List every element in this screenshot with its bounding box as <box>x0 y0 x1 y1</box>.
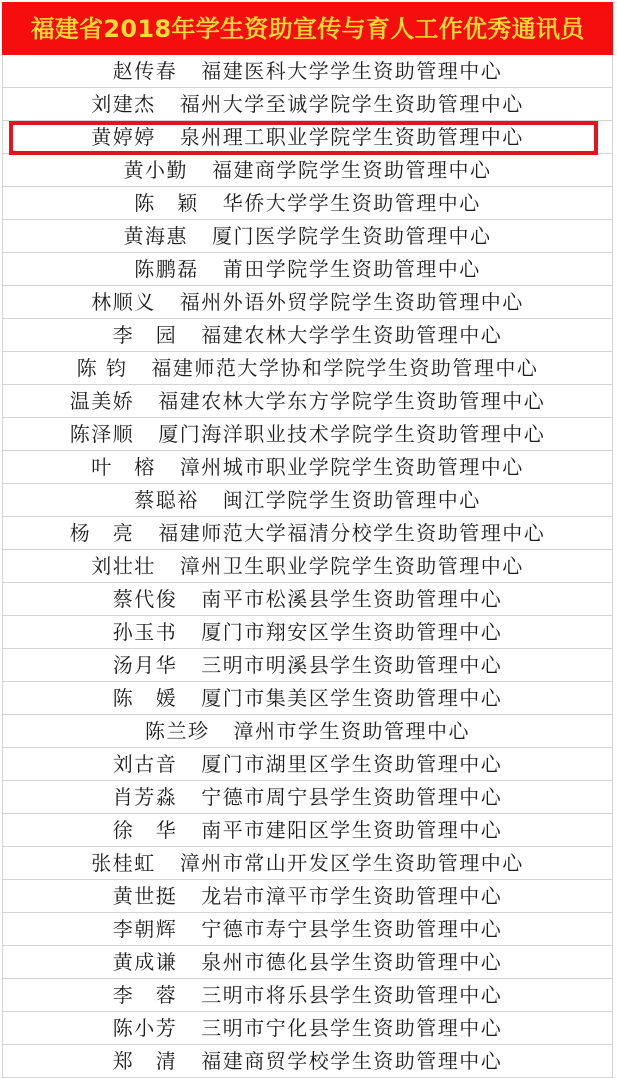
awardee-name: 黄小勤 <box>124 160 189 180</box>
awardee-name: 刘古音 <box>113 754 178 774</box>
table-row: 黄成谦泉州市德化县学生资助管理中心 <box>3 946 612 979</box>
awardee-name: 孙玉书 <box>113 622 178 642</box>
awardee-name: 黄成谦 <box>113 952 178 972</box>
awardee-name: 温美娇 <box>70 391 135 411</box>
table-row: 陈小芳三明市宁化县学生资助管理中心 <box>3 1012 612 1045</box>
awardee-organization: 厦门医学院学生资助管理中心 <box>212 226 492 246</box>
awardee-name: 郑 清 <box>113 1051 178 1071</box>
table-row: 蔡聪裕闽江学院学生资助管理中心 <box>3 484 612 517</box>
awardee-name: 陈 颖 <box>134 193 199 213</box>
awardee-organization: 漳州市学生资助管理中心 <box>234 721 471 741</box>
awardee-name: 肖芳淼 <box>113 787 178 807</box>
table-row: 黄世挺龙岩市漳平市学生资助管理中心 <box>3 880 612 913</box>
awardee-name: 黄世挺 <box>113 886 178 906</box>
table-row: 温美娇福建农林大学东方学院学生资助管理中心 <box>3 385 612 418</box>
awardee-name: 徐 华 <box>113 820 178 840</box>
title-banner: 福建省2018年学生资助宣传与育人工作优秀通讯员 <box>2 2 613 55</box>
awardee-organization: 莆田学院学生资助管理中心 <box>223 259 481 279</box>
awardee-organization: 三明市将乐县学生资助管理中心 <box>201 985 502 1005</box>
table-row: 刘建杰福州大学至诚学院学生资助管理中心 <box>3 88 612 121</box>
awardee-name: 蔡聪裕 <box>134 490 199 510</box>
awardee-organization: 三明市明溪县学生资助管理中心 <box>201 655 502 675</box>
awardee-organization: 厦门市集美区学生资助管理中心 <box>201 688 502 708</box>
awardee-organization: 三明市宁化县学生资助管理中心 <box>201 1018 502 1038</box>
table-row: 李朝辉宁德市寿宁县学生资助管理中心 <box>3 913 612 946</box>
awardee-name: 陈鹏磊 <box>134 259 199 279</box>
awardee-organization: 福建医科大学学生资助管理中心 <box>201 61 502 81</box>
awardee-name: 张桂虹 <box>91 853 156 873</box>
awardee-name: 叶 榕 <box>91 457 156 477</box>
table-row: 汤月华三明市明溪县学生资助管理中心 <box>3 649 612 682</box>
table-row: 陈泽顺厦门海洋职业技术学院学生资助管理中心 <box>3 418 612 451</box>
awardee-table: 赵传春福建医科大学学生资助管理中心 刘建杰福州大学至诚学院学生资助管理中心 黄婷… <box>2 55 613 1078</box>
awardee-name: 李朝辉 <box>113 919 178 939</box>
awardee-name: 李 蓉 <box>113 985 178 1005</box>
table-row: 郑 清福建商贸学校学生资助管理中心 <box>3 1045 612 1078</box>
table-row: 陈 媛厦门市集美区学生资助管理中心 <box>3 682 612 715</box>
awardee-organization: 南平市建阳区学生资助管理中心 <box>201 820 502 840</box>
awardee-name: 刘建杰 <box>91 94 156 114</box>
table-row: 叶 榕漳州城市职业学院学生资助管理中心 <box>3 451 612 484</box>
table-row: 黄海惠厦门医学院学生资助管理中心 <box>3 220 612 253</box>
awardee-name: 黄海惠 <box>124 226 189 246</box>
table-row: 肖芳淼宁德市周宁县学生资助管理中心 <box>3 781 612 814</box>
table-row: 刘壮壮漳州卫生职业学院学生资助管理中心 <box>3 550 612 583</box>
awardee-name: 陈 媛 <box>113 688 178 708</box>
awardee-organization: 龙岩市漳平市学生资助管理中心 <box>201 886 502 906</box>
table-row: 陈 钧福建师范大学协和学院学生资助管理中心 <box>3 352 612 385</box>
table-row: 黄小勤福建商学院学生资助管理中心 <box>3 154 612 187</box>
awardee-organization: 厦门市翔安区学生资助管理中心 <box>201 622 502 642</box>
awardee-organization: 漳州城市职业学院学生资助管理中心 <box>180 457 524 477</box>
awardee-organization: 漳州卫生职业学院学生资助管理中心 <box>180 556 524 576</box>
awardee-name: 陈 钧 <box>77 358 128 378</box>
awardee-organization: 华侨大学学生资助管理中心 <box>223 193 481 213</box>
awardee-organization: 宁德市周宁县学生资助管理中心 <box>201 787 502 807</box>
awardee-name: 陈小芳 <box>113 1018 178 1038</box>
awardee-name: 刘壮壮 <box>91 556 156 576</box>
awardee-organization: 泉州理工职业学院学生资助管理中心 <box>180 127 524 147</box>
awardee-organization: 福建师范大学福清分校学生资助管理中心 <box>158 523 545 543</box>
table-row: 陈 颖华侨大学学生资助管理中心 <box>3 187 612 220</box>
awardee-organization: 厦门海洋职业技术学院学生资助管理中心 <box>158 424 545 444</box>
table-row: 刘古音厦门市湖里区学生资助管理中心 <box>3 748 612 781</box>
page-title: 福建省2018年学生资助宣传与育人工作优秀通讯员 <box>31 17 585 41</box>
table-row: 陈兰珍漳州市学生资助管理中心 <box>3 715 612 748</box>
table-row: 蔡代俊南平市松溪县学生资助管理中心 <box>3 583 612 616</box>
awardee-organization: 福州大学至诚学院学生资助管理中心 <box>180 94 524 114</box>
awardee-organization: 福建师范大学协和学院学生资助管理中心 <box>151 358 538 378</box>
table-row: 张桂虹漳州市常山开发区学生资助管理中心 <box>3 847 612 880</box>
table-row: 李 蓉三明市将乐县学生资助管理中心 <box>3 979 612 1012</box>
table-row: 孙玉书厦门市翔安区学生资助管理中心 <box>3 616 612 649</box>
awardee-organization: 福建商贸学校学生资助管理中心 <box>201 1051 502 1071</box>
table-row-highlighted: 黄婷婷泉州理工职业学院学生资助管理中心 <box>3 121 612 154</box>
awardee-name: 汤月华 <box>113 655 178 675</box>
table-row: 赵传春福建医科大学学生资助管理中心 <box>3 55 612 88</box>
table-row: 李 园福建农林大学学生资助管理中心 <box>3 319 612 352</box>
table-row: 陈鹏磊莆田学院学生资助管理中心 <box>3 253 612 286</box>
awardee-name: 黄婷婷 <box>91 127 156 147</box>
awardee-organization: 闽江学院学生资助管理中心 <box>223 490 481 510</box>
awardee-organization: 宁德市寿宁县学生资助管理中心 <box>201 919 502 939</box>
table-row: 林顺义福州外语外贸学院学生资助管理中心 <box>3 286 612 319</box>
awardee-name: 林顺义 <box>91 292 156 312</box>
awardee-name: 陈泽顺 <box>70 424 135 444</box>
awardee-organization: 南平市松溪县学生资助管理中心 <box>201 589 502 609</box>
awardee-organization: 福建农林大学东方学院学生资助管理中心 <box>158 391 545 411</box>
awardee-organization: 厦门市湖里区学生资助管理中心 <box>201 754 502 774</box>
awardee-organization: 福州外语外贸学院学生资助管理中心 <box>180 292 524 312</box>
awardee-organization: 漳州市常山开发区学生资助管理中心 <box>180 853 524 873</box>
table-row: 杨 亮福建师范大学福清分校学生资助管理中心 <box>3 517 612 550</box>
awardee-organization: 福建商学院学生资助管理中心 <box>212 160 492 180</box>
awardee-name: 陈兰珍 <box>145 721 210 741</box>
awardee-name: 赵传春 <box>113 61 178 81</box>
awardee-name: 李 园 <box>113 325 178 345</box>
awardee-organization: 福建农林大学学生资助管理中心 <box>201 325 502 345</box>
table-row: 徐 华南平市建阳区学生资助管理中心 <box>3 814 612 847</box>
awardee-name: 蔡代俊 <box>113 589 178 609</box>
awardee-name: 杨 亮 <box>70 523 135 543</box>
awardee-organization: 泉州市德化县学生资助管理中心 <box>201 952 502 972</box>
honor-list-sheet: 福建省2018年学生资助宣传与育人工作优秀通讯员 赵传春福建医科大学学生资助管理… <box>0 0 617 1078</box>
